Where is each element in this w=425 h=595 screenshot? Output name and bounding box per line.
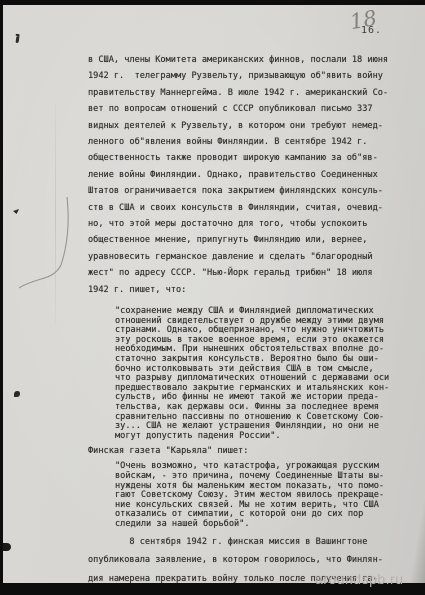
quote-karjala: "Очень возможно, что катастрофа, угрожаю… <box>115 462 408 529</box>
karjala-intro-line: Финская газета "Карьяла" пишет: <box>88 445 408 458</box>
paragraph-us-committee: в США, члены Комитета американских финно… <box>88 52 408 298</box>
quote-ny-herald-tribune: "сохранение между США и Финляндией дипло… <box>115 307 408 441</box>
watermark: aroundspb.ru <box>315 571 404 587</box>
paper: 18 16. в США, члены Комитета американски… <box>3 5 425 583</box>
punch-hole-mark <box>3 543 11 551</box>
scan-border-left <box>0 0 3 595</box>
typed-page-number: 16. <box>361 25 382 36</box>
scanned-page: 18 16. в США, члены Комитета американски… <box>0 0 425 595</box>
ink-blot <box>14 391 20 397</box>
pencil-mark <box>3 5 93 305</box>
text-column: в США, члены Комитета американских финно… <box>88 52 408 589</box>
scan-border-top <box>0 0 425 5</box>
